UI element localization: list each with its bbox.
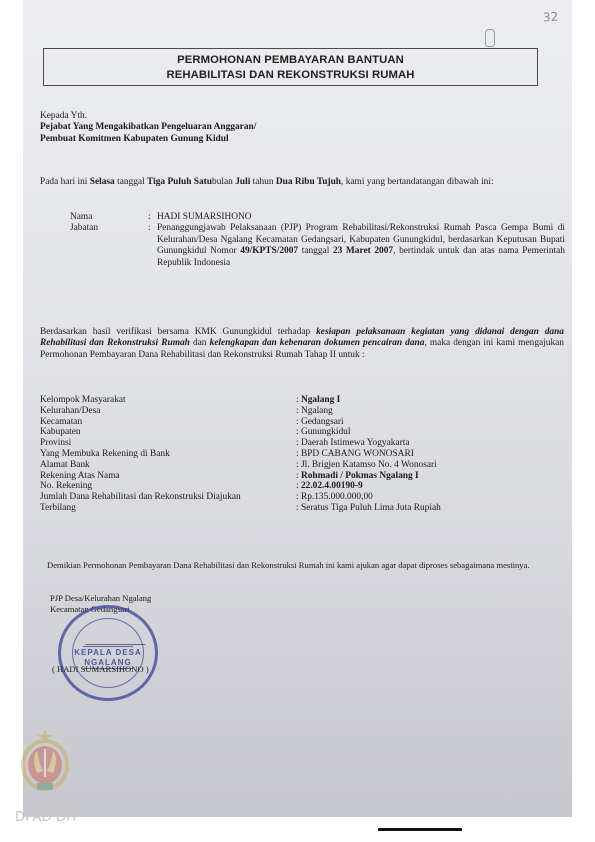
detail-value: : Gunungkidul xyxy=(296,427,565,438)
opening-month: Juli xyxy=(235,177,250,187)
detail-label: Kabupaten xyxy=(40,427,296,438)
detail-value: : Rp.135.000.000,00 xyxy=(296,492,565,503)
basis-text-2: dan xyxy=(190,338,210,348)
name-label: Nama xyxy=(70,212,148,223)
viewer-scroll-indicator[interactable] xyxy=(378,828,462,831)
detail-value: : Daerah Istimewa Yogyakarta xyxy=(296,438,565,449)
detail-value: : 22.02.4.00190-9 xyxy=(296,481,565,492)
detail-row: Jumlah Dana Rehabilitasi dan Rekonstruks… xyxy=(40,492,565,503)
opening-year-label: tahun xyxy=(250,177,276,187)
detail-label: Terbilang xyxy=(40,503,296,514)
opening-month-label: bulan xyxy=(212,177,235,187)
detail-label: No. Rekening xyxy=(40,481,296,492)
opening-year: Dua Ribu Tujuh xyxy=(276,177,341,187)
position-label: Jabatan xyxy=(70,223,148,269)
detail-value-text: Gunungkidul xyxy=(301,427,350,437)
identity-block: Nama : HADI SUMARSIHONO Jabatan : Penang… xyxy=(70,212,565,269)
detail-label: Kelurahan/Desa xyxy=(40,406,296,417)
addressee-line-2: Pembuat Komitmen Kabupaten Gunung Kidul xyxy=(40,134,256,145)
closing-paragraph: Demikian Permohonan Pembayaran Dana Reha… xyxy=(47,560,562,571)
detail-label: Kelompok Masyarakat xyxy=(40,395,296,406)
detail-value-text: Ngalang xyxy=(301,406,333,416)
detail-value-text: BPD CABANG WONOSARI xyxy=(301,449,414,459)
signature-title-line-1: PJP Desa/Kelurahan Ngalang xyxy=(50,593,151,604)
addressee-block: Kepada Yth. Pejabat Yang Mengakibatkan P… xyxy=(40,111,256,145)
opening-prefix: Pada hari ini xyxy=(40,177,90,187)
detail-row: Kabupaten: Gunungkidul xyxy=(40,427,565,438)
detail-value-text: Seratus Tiga Puluh Lima Juta Rupiah xyxy=(301,503,441,513)
identity-name-row: Nama : HADI SUMARSIHONO xyxy=(70,212,565,223)
decree-number: 49/KPTS/2007 xyxy=(240,246,298,256)
handwritten-page-number: 32 xyxy=(543,9,559,24)
detail-value: : Gedangsari xyxy=(296,417,565,428)
stamp-text-line-1: KEPALA DESA xyxy=(61,648,155,657)
signer-name: ( HADI SUMARSIHONO ) xyxy=(52,664,149,675)
document-title: PERMOHONAN PEMBAYARAN BANTUAN REHABILITA… xyxy=(43,48,538,86)
detail-value-text: Ngalang I xyxy=(301,395,340,405)
detail-label: Jumlah Dana Rehabilitasi dan Rekonstruks… xyxy=(40,492,296,503)
detail-value: : BPD CABANG WONOSARI xyxy=(296,449,565,460)
addressee-line-1: Pejabat Yang Mengakibatkan Pengeluaran A… xyxy=(40,122,256,133)
handwritten-signature xyxy=(85,630,150,645)
title-line-1: PERMOHONAN PEMBAYARAN BANTUAN xyxy=(44,53,537,68)
diy-emblem-icon xyxy=(17,727,73,797)
paperclip-mark-icon xyxy=(485,29,495,47)
detail-row: Alamat Bank: Jl. Brigjen Katamso No. 4 W… xyxy=(40,460,565,471)
detail-value: : Jl. Brigjen Katamso No. 4 Wonosari xyxy=(296,460,565,471)
basis-text-1: Berdasarkan hasil verifikasi bersama KMK… xyxy=(40,327,316,337)
addressee-greeting: Kepada Yth. xyxy=(40,111,256,122)
detail-value-text: Rp.135.000.000,00 xyxy=(301,492,373,502)
detail-row: No. Rekening: 22.02.4.00190-9 xyxy=(40,481,565,492)
detail-row: Terbilang: Seratus Tiga Puluh Lima Juta … xyxy=(40,503,565,514)
detail-value-text: 22.02.4.00190-9 xyxy=(301,481,363,491)
detail-row: Kelompok Masyarakat: Ngalang I xyxy=(40,395,565,406)
detail-value-text: Jl. Brigjen Katamso No. 4 Wonosari xyxy=(301,460,437,470)
title-line-2: REHABILITASI DAN REKONSTRUKSI RUMAH xyxy=(44,68,537,83)
basis-emphasis-2: kelengkapan dan kebenaran dokumen pencai… xyxy=(210,338,425,348)
identity-position-row: Jabatan : Penanggungjawab Pelaksanaan (P… xyxy=(70,223,565,269)
opening-day: Selasa xyxy=(90,177,115,187)
detail-row: Provinsi: Daerah Istimewa Yogyakarta xyxy=(40,438,565,449)
detail-row: Yang Membuka Rekening di Bank: BPD CABAN… xyxy=(40,449,565,460)
detail-value: : Ngalang I xyxy=(296,395,565,406)
detail-value-text: Gedangsari xyxy=(301,417,344,427)
name-value: HADI SUMARSIHONO xyxy=(157,212,565,223)
opening-paragraph: Pada hari ini Selasa tanggal Tiga Puluh … xyxy=(40,177,565,188)
decree-date: 23 Maret 2007 xyxy=(333,246,393,256)
detail-row: Kecamatan: Gedangsari xyxy=(40,417,565,428)
detail-value: : Ngalang xyxy=(296,406,565,417)
detail-value-text: Daerah Istimewa Yogyakarta xyxy=(301,438,410,448)
name-colon: : xyxy=(148,212,157,223)
opening-date: Tiga Puluh Satu xyxy=(147,177,212,187)
basis-paragraph: Berdasarkan hasil verifikasi bersama KMK… xyxy=(40,327,564,361)
detail-label: Kecamatan xyxy=(40,417,296,428)
detail-label: Provinsi xyxy=(40,438,296,449)
detail-value: : Seratus Tiga Puluh Lima Juta Rupiah xyxy=(296,503,565,514)
payment-details-list: Kelompok Masyarakat: Ngalang IKelurahan/… xyxy=(40,395,565,514)
detail-row: Rekening Atas Nama: Rohmadi / Pokmas Nga… xyxy=(40,471,565,482)
position-colon: : xyxy=(148,223,157,269)
official-stamp: KEPALA DESA NGALANG xyxy=(58,605,158,701)
detail-label: Alamat Bank xyxy=(40,460,296,471)
watermark-label: DPAD DIY xyxy=(15,810,78,825)
position-value: Penanggungjawab Pelaksanaan (PJP) Progra… xyxy=(157,223,565,269)
stamp-rule-top xyxy=(83,646,133,647)
detail-label: Yang Membuka Rekening di Bank xyxy=(40,449,296,460)
detail-value: : Rohmadi / Pokmas Ngalang I xyxy=(296,471,565,482)
opening-suffix: , kami yang bertandatangan dibawah ini: xyxy=(341,177,494,187)
opening-date-label: tanggal xyxy=(115,177,147,187)
detail-label: Rekening Atas Nama xyxy=(40,471,296,482)
position-text-2: tanggal xyxy=(298,246,333,256)
detail-value-text: Rohmadi / Pokmas Ngalang I xyxy=(301,471,419,481)
detail-row: Kelurahan/Desa: Ngalang xyxy=(40,406,565,417)
